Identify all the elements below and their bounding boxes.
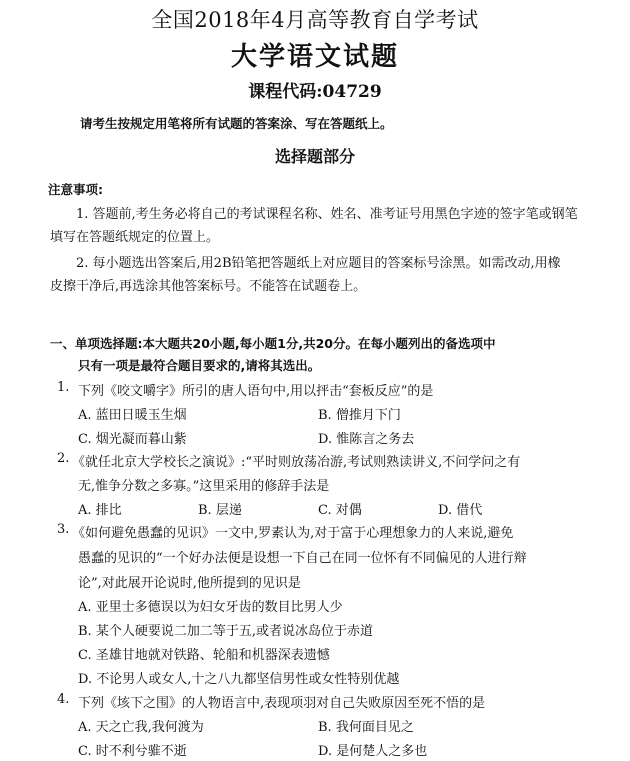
option-text: 是何楚人之多也	[336, 744, 427, 759]
question-2-number: 2.	[57, 451, 69, 466]
option-label: B.	[198, 503, 212, 518]
question-3-text-line1: 《如何避免愚蠢的见识》一文中,罗素认为,对于富于心理想象力的人来说,避免	[72, 522, 513, 541]
note-2-line2: 皮擦干净后,再选涂其他答案标号。不能答在试题卷上。	[50, 275, 366, 294]
question-1-text: 下列《咬文嚼字》所引的唐人语句中,用以抨击“套板反应”的是	[78, 380, 433, 399]
option-label: A.	[78, 720, 92, 735]
option-label: C.	[78, 744, 92, 759]
option-label: B.	[318, 408, 332, 423]
option-text: 烟光凝而暮山紫	[96, 432, 187, 447]
option-text: 某个人硬要说二加二等于五,或者说冰岛位于赤道	[96, 624, 373, 639]
option-label: A.	[78, 503, 92, 518]
q3-option-d[interactable]: D. 不论男人或女人,十之八九都坚信男性或女性特别优越	[78, 668, 399, 687]
q1-option-a[interactable]: A. 蓝田日暖玉生烟	[78, 404, 187, 423]
q3-option-c[interactable]: C. 圣雄甘地就对铁路、轮船和机器深表遗憾	[78, 644, 330, 663]
option-text: 天之亡我,我何渡为	[96, 720, 204, 735]
part1-heading-line1: 一、单项选择题:本大题共20小题,每小题1分,共20分。在每小题列出的备选项中	[50, 334, 496, 352]
q4-option-c[interactable]: C. 时不利兮骓不逝	[78, 740, 187, 759]
q2-option-b[interactable]: B. 层递	[198, 499, 242, 518]
option-label: C.	[78, 648, 92, 663]
option-text: 层递	[216, 503, 242, 518]
option-label: D.	[318, 432, 332, 447]
option-label: C.	[318, 503, 332, 518]
option-text: 惟陈言之务去	[336, 432, 414, 447]
option-text: 我何面目见之	[336, 720, 414, 735]
option-label: B.	[78, 624, 92, 639]
note-2-line1: 2. 每小题选出答案后,用2B铅笔把答题纸上对应题目的答案标号涂黑。如需改动,用…	[76, 252, 561, 271]
option-text: 对偶	[336, 503, 362, 518]
question-4-number: 4.	[57, 692, 69, 707]
course-code: 课程代码:04729	[0, 77, 630, 102]
q3-option-a[interactable]: A. 亚里士多德误以为妇女牙齿的数目比男人少	[78, 596, 343, 615]
option-label: C.	[78, 432, 92, 447]
q2-option-d[interactable]: D. 借代	[438, 499, 482, 518]
q2-option-a[interactable]: A. 排比	[78, 499, 122, 518]
option-label: A.	[78, 408, 92, 423]
option-text: 不论男人或女人,十之八九都坚信男性或女性特别优越	[96, 672, 399, 687]
option-text: 亚里士多德误以为妇女牙齿的数目比男人少	[96, 600, 343, 615]
q1-option-c[interactable]: C. 烟光凝而暮山紫	[78, 428, 187, 447]
q1-option-b[interactable]: B. 僧推月下门	[318, 404, 401, 423]
q4-option-a[interactable]: A. 天之亡我,我何渡为	[78, 716, 204, 735]
question-3-text-line2: 愚蠢的见识的“一个好办法便是设想一下自己在同一位怀有不同偏见的人进行辩	[78, 547, 527, 566]
q2-option-c[interactable]: C. 对偶	[318, 499, 362, 518]
note-1-line2: 填写在答题纸规定的位置上。	[50, 226, 219, 245]
question-4-text: 下列《垓下之围》的人物语言中,表现项羽对自己失败原因至死不悟的是	[78, 692, 485, 711]
option-text: 僧推月下门	[336, 408, 401, 423]
option-text: 时不利兮骓不逝	[96, 744, 187, 759]
exam-title: 全国2018年4月高等教育自学考试	[0, 4, 630, 34]
part1-heading-line2: 只有一项是最符合题目要求的,请将其选出。	[78, 356, 320, 374]
note-1-line1: 1. 答题前,考生务必将自己的考试课程名称、姓名、准考证号用黑色字迹的签字笔或钢…	[76, 203, 578, 222]
option-text: 圣雄甘地就对铁路、轮船和机器深表遗憾	[96, 648, 330, 663]
option-label: D.	[318, 744, 332, 759]
notes-title: 注意事项:	[48, 180, 103, 198]
option-label: D.	[438, 503, 452, 518]
question-1-number: 1.	[57, 380, 69, 395]
q4-option-d[interactable]: D. 是何楚人之多也	[318, 740, 427, 759]
question-2-text-line1: 《就任北京大学校长之演说》:“平时则放荡冶游,考试则熟读讲义,不问学问之有	[72, 451, 520, 470]
question-3-text-line3: 论”,对此展开论说时,他所提到的见识是	[78, 572, 301, 591]
q4-option-b[interactable]: B. 我何面目见之	[318, 716, 414, 735]
intro-instruction: 请考生按规定用笔将所有试题的答案涂、写在答题纸上。	[80, 114, 393, 132]
question-2-text-line2: 无,惟争分数之多寡。”这里采用的修辞手法是	[78, 475, 329, 494]
option-label: A.	[78, 600, 92, 615]
subject-title: 大学语文试题	[0, 36, 630, 73]
q1-option-d[interactable]: D. 惟陈言之务去	[318, 428, 414, 447]
option-text: 蓝田日暖玉生烟	[96, 408, 187, 423]
option-label: D.	[78, 672, 92, 687]
option-label: B.	[318, 720, 332, 735]
section-title: 选择题部分	[0, 144, 630, 167]
q3-option-b[interactable]: B. 某个人硬要说二加二等于五,或者说冰岛位于赤道	[78, 620, 373, 639]
option-text: 排比	[96, 503, 122, 518]
question-3-number: 3.	[57, 522, 69, 537]
option-text: 借代	[456, 503, 482, 518]
